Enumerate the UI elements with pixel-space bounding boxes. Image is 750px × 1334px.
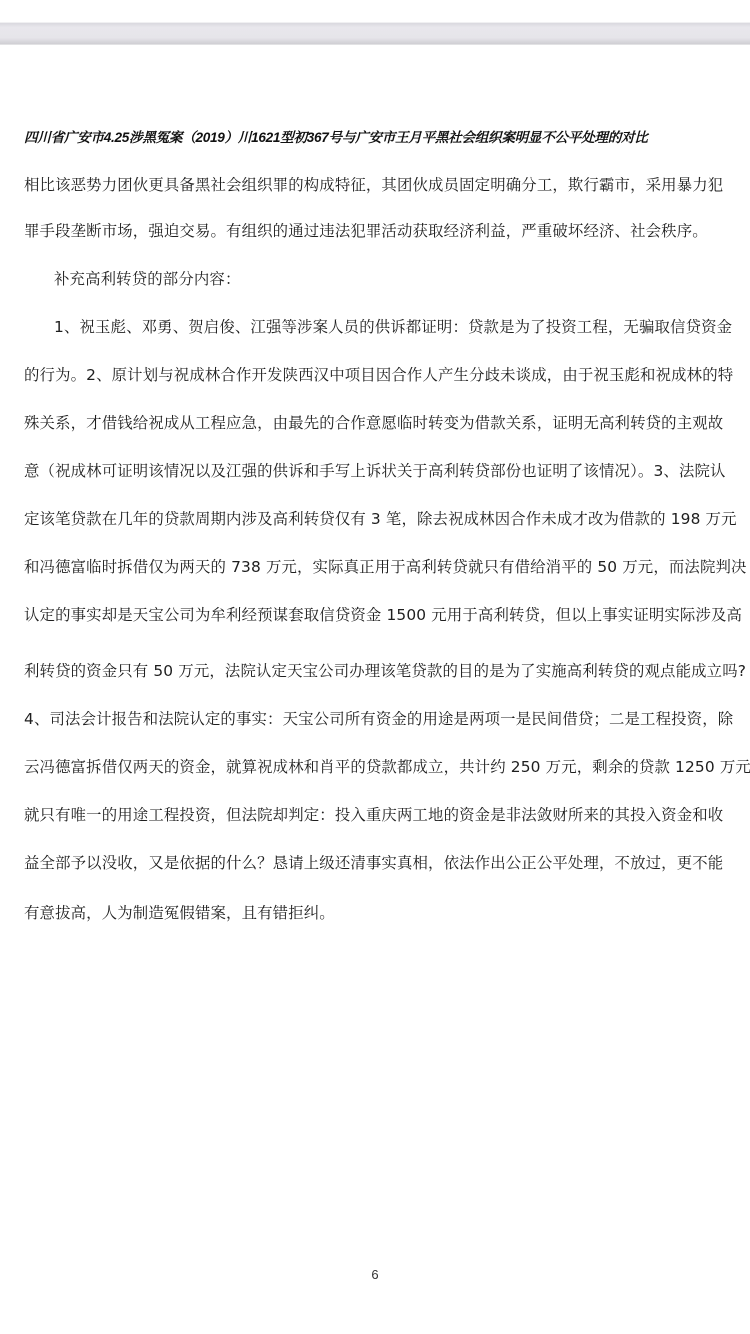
paragraph-line: 有意拔高，人为制造冤假错案，且有错拒纠。	[24, 902, 335, 924]
paragraph-line: 就只有唯一的用途工程投资，但法院却判定：投入重庆两工地的资金是非法敛财所来的其投…	[24, 804, 723, 826]
paragraph-line: 云冯德富拆借仅两天的资金，就算祝成林和肖平的贷款都成立，共计约 250 万元，剩…	[24, 756, 750, 778]
viewer-top-bar	[0, 22, 750, 45]
paragraph-line: 4、司法会计报告和法院认定的事实：天宝公司所有资金的用途是两项一是民间借贷；二是…	[24, 708, 733, 730]
paragraph-line: 相比该恶势力团伙更具备黑社会组织罪的构成特征，其团伙成员固定明确分工，欺行霸市，…	[24, 174, 723, 196]
paragraph-line: 1、祝玉彪、邓勇、贺启俊、江强等涉案人员的供诉都证明：贷款是为了投资工程，无骗取…	[54, 316, 732, 338]
paragraph-line: 罪手段垄断市场，强迫交易。有组织的通过违法犯罪活动获取经济利益，严重破坏经济、社…	[24, 220, 708, 242]
paragraph-line: 认定的事实却是天宝公司为牟利经预谋套取信贷资金 1500 元用于高利转贷，但以上…	[24, 604, 742, 626]
paragraph-line: 和冯德富临时拆借仅为两天的 738 万元，实际真正用于高利转贷就只有借给消平的 …	[24, 556, 747, 578]
paragraph-line: 的行为。2、原计划与祝成林合作开发陕西汉中项目因合作人产生分歧未谈成，由于祝玉彪…	[24, 364, 733, 386]
paragraph-line: 殊关系，才借钱给祝成从工程应急，由最先的合作意愿临时转变为借款关系，证明无高利转…	[24, 412, 723, 434]
document-title: 四川省广安市4.25涉黑冤案（2019）川1621型初367号与广安市王月平黑社…	[24, 127, 744, 149]
page-number: 6	[0, 1267, 750, 1282]
paragraph-line: 定该笔贷款在几年的贷款周期内涉及高利转贷仅有 3 笔，除去祝成林因合作未成才改为…	[24, 508, 737, 530]
paragraph-line: 意（祝成林可证明该情况以及江强的供诉和手写上诉状关于高利转贷部份也证明了该情况）…	[24, 460, 726, 482]
section-heading: 补充高利转贷的部分内容：	[54, 268, 241, 290]
paragraph-line: 益全部予以没收，又是依据的什么？恳请上级还清事实真相，依法作出公正公平处理，不放…	[24, 852, 723, 874]
paragraph-line: 利转贷的资金只有 50 万元，法院认定天宝公司办理该笔贷款的目的是为了实施高利转…	[24, 660, 746, 682]
